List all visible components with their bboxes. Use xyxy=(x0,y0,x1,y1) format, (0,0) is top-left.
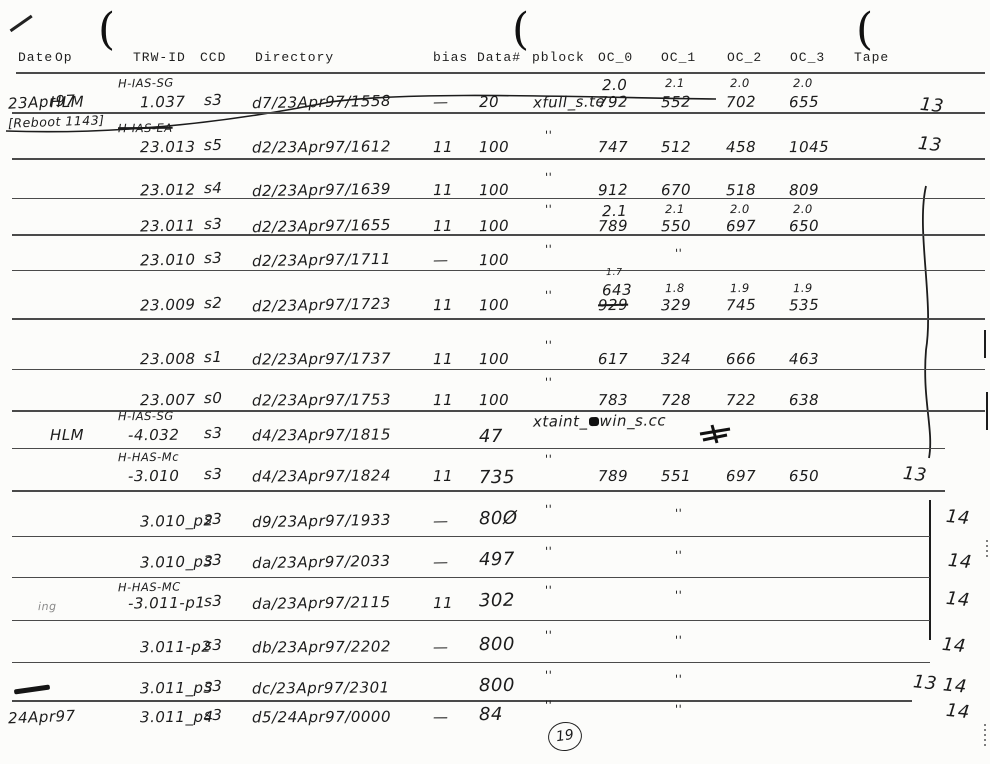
cell-date: 24Apr97 xyxy=(8,707,76,728)
cell-oc3-sup: 2.0 xyxy=(793,202,813,216)
cell-trw-id: 3.010_p2 xyxy=(140,511,214,530)
cell-oc1-sup: 2.1 xyxy=(665,202,685,216)
rule-line-15 xyxy=(12,662,930,663)
rule-line-7 xyxy=(12,318,985,320)
cell-oc2: 745 xyxy=(726,296,757,315)
cell-oc2: 666 xyxy=(726,350,756,368)
cell-pblock: xtaint_win_s.cc xyxy=(533,411,666,430)
cell-ccd: s3 xyxy=(204,510,223,528)
cell-directory: d4/23Apr97/1815 xyxy=(252,425,391,444)
cell-oc2: 702 xyxy=(726,93,756,112)
cell-trw-id: 3.011_p3 xyxy=(140,679,214,698)
cell-pblock: '' xyxy=(545,698,552,712)
cell-tape: 14 xyxy=(945,506,971,529)
cell-directory: d2/23Apr97/1711 xyxy=(252,250,391,270)
cell-directory: d2/23Apr97/1612 xyxy=(252,137,391,156)
column-header-bias: bias xyxy=(433,50,468,65)
rule-line-12 xyxy=(12,536,930,537)
cell-oc2: 518 xyxy=(726,181,756,200)
cell-oc1: 512 xyxy=(661,138,691,156)
cell-oc0: 789 xyxy=(598,217,628,236)
cell-data-count: 47 xyxy=(479,426,503,447)
cell-ccd: s0 xyxy=(204,389,223,407)
cell-trw-id: -3.011-p1 xyxy=(128,593,206,612)
cell-data-count: 100 xyxy=(479,181,509,200)
cell-oc1: '' xyxy=(675,633,682,647)
cell-trw-id: 23.013 xyxy=(140,138,196,156)
cell-pblock: '' xyxy=(545,628,552,642)
cell-ccd: s5 xyxy=(204,136,223,154)
cell-data-count: 100 xyxy=(479,138,509,156)
cell-bias: 11 xyxy=(433,594,453,612)
cell-bias: — xyxy=(433,93,449,111)
cell-directory: d2/23Apr97/1639 xyxy=(252,180,391,200)
rule-line-11 xyxy=(12,490,945,492)
cell-bias: — xyxy=(433,512,449,530)
cell-data-count: 800 xyxy=(479,634,515,655)
column-header-trw-id: TRW-ID xyxy=(133,50,186,65)
cell-oc1: 728 xyxy=(661,391,691,409)
cell-bias: 11 xyxy=(433,467,453,485)
cell-ccd: s2 xyxy=(204,294,223,312)
cell-ccd: s3 xyxy=(204,91,223,109)
cell-directory: d9/23Apr97/1933 xyxy=(252,511,391,531)
cell-directory: da/23Apr97/2033 xyxy=(252,552,391,572)
oc1-scribble-mark xyxy=(700,425,730,443)
cell-oc2: 697 xyxy=(726,217,756,236)
ink-blob xyxy=(588,417,598,426)
cell-ccd: s3 xyxy=(204,465,223,483)
column-header-pblock: pblock xyxy=(532,50,585,65)
cell-data-count: 100 xyxy=(479,391,509,409)
paren-mark-3: ( xyxy=(856,4,873,55)
cell-oc3: 655 xyxy=(789,93,819,112)
rule-line-2 xyxy=(12,112,985,114)
cell-oc0: 792 xyxy=(598,93,628,112)
cell-bias: — xyxy=(433,708,449,726)
cell-trw-id: 23.010 xyxy=(140,251,196,270)
cell-bias: 11 xyxy=(433,296,453,314)
cell-oc2-sup: 2.0 xyxy=(730,202,750,216)
column-header-op: Op xyxy=(55,50,73,65)
rule-line-3 xyxy=(12,158,985,160)
circled-data-count: 19 xyxy=(546,720,584,753)
cell-pblock: '' xyxy=(545,452,552,466)
cell-tape: 14 xyxy=(945,588,971,611)
cell-bias: 11 xyxy=(433,181,453,199)
column-header-oc-0: OC_0 xyxy=(598,50,633,65)
cell-pblock: '' xyxy=(545,544,553,558)
column-header-data-: Data# xyxy=(477,50,521,65)
cell-trw-id: 23.011 xyxy=(140,217,196,236)
column-header-tape: Tape xyxy=(854,50,889,65)
cell-trw-id: 23.009 xyxy=(140,295,196,314)
cell-oc0: 929 xyxy=(598,296,629,315)
cell-tape: 14 xyxy=(941,634,967,657)
cell-ccd: s3 xyxy=(204,215,223,233)
cell-oc0-sup: 2.0 xyxy=(602,76,628,94)
cell-trw-id-model: H-IAS-EA xyxy=(118,121,173,135)
cell-bias: — xyxy=(433,553,449,571)
cell-directory: db/23Apr97/2202 xyxy=(252,637,391,656)
cell-pblock: '' xyxy=(545,668,552,682)
cell-trw-id: 3.011-p2 xyxy=(140,638,212,657)
cell-trw-id-model: H-IAS-SG xyxy=(118,76,174,91)
cell-ccd: s4 xyxy=(204,179,223,197)
margin-wavy-line xyxy=(923,186,930,458)
logbook-sheet: [Reboot 1143]((( DateOpTRW-IDCCDDirector… xyxy=(0,0,990,764)
cell-ccd: s3 xyxy=(204,677,223,695)
cell-pblock: '' xyxy=(545,128,552,142)
cell-oc1: 329 xyxy=(661,296,692,315)
cell-data-count: 100 xyxy=(479,296,510,315)
cell-trw-id-model: H-HAS-Mc xyxy=(118,450,179,465)
cell-pblock: '' xyxy=(545,202,553,216)
column-header-ccd: CCD xyxy=(200,50,226,65)
cell-oc0: 912 xyxy=(598,181,628,200)
cell-oc1: 551 xyxy=(661,467,691,485)
cell-trw-id: -3.010 xyxy=(128,467,180,485)
cell-oc2: 458 xyxy=(726,138,756,156)
rule-line-14 xyxy=(12,620,930,621)
cell-oc1: 552 xyxy=(661,93,691,112)
cell-trw-id: -4.032 xyxy=(128,426,180,444)
cell-oc3: 1045 xyxy=(789,138,829,156)
cell-oc0: 789 xyxy=(598,467,628,485)
cell-oc3: 650 xyxy=(789,217,819,236)
cell-oc1-sup: 2.1 xyxy=(665,76,685,90)
cell-oc1: '' xyxy=(675,672,682,686)
paren-mark-1: ( xyxy=(98,4,115,55)
cell-trw-id: 3.010_p3 xyxy=(140,552,214,571)
cell-data-count: 100 xyxy=(479,350,509,368)
cell-oc1: '' xyxy=(675,702,682,716)
cell-pblock: '' xyxy=(545,170,553,184)
cell-directory: dc/23Apr97/2301 xyxy=(252,678,390,697)
cell-data-count: 80Ø xyxy=(479,508,518,530)
reboot-note: [Reboot 1143] xyxy=(8,112,105,130)
cell-directory: d4/23Apr97/1824 xyxy=(252,466,391,485)
rule-line-8 xyxy=(12,369,985,370)
cell-data-count: 100 xyxy=(479,217,509,236)
cell-tape: 13 xyxy=(917,133,943,156)
cell-oc1: '' xyxy=(675,588,683,602)
cell-tape: 14 xyxy=(947,550,973,573)
cell-bias: 11 xyxy=(433,350,453,368)
cell-oc1: 324 xyxy=(661,350,691,368)
cell-ccd: s3 xyxy=(204,592,223,610)
cell-data-count: 84 xyxy=(479,704,503,725)
cell-data-count: 20 xyxy=(479,93,499,111)
cell-trw-id-model: H-HAS-MC xyxy=(118,580,181,595)
cell-tape: 13 xyxy=(919,94,945,117)
rule-line-13 xyxy=(12,577,930,578)
cell-data-count: 497 xyxy=(479,549,515,571)
cell-trw-id: 1.037 xyxy=(140,93,186,112)
cell-trw-id-model: H-IAS-SG xyxy=(118,409,174,423)
cell-oc3: 638 xyxy=(789,391,819,409)
cell-directory: d2/23Apr97/1655 xyxy=(252,216,391,236)
corner-slash-mark xyxy=(10,15,33,32)
cell-oc2-sup: 2.0 xyxy=(730,76,750,90)
cell-pblock: xfull_s.te xyxy=(533,92,606,111)
column-header-oc-3: OC_3 xyxy=(790,50,825,65)
cell-trw-id: 23.012 xyxy=(140,181,196,200)
rule-line-1 xyxy=(16,72,985,74)
cell-ccd: s3 xyxy=(204,636,223,654)
cell-directory: d5/24Apr97/0000 xyxy=(252,708,391,727)
cell-data-count: 100 xyxy=(479,251,509,270)
cell-oc0-note: 1.7 xyxy=(606,267,623,278)
cell-bias: 11 xyxy=(433,138,453,156)
cell-trw-id: 3.011_p4 xyxy=(140,708,214,726)
column-header-oc-2: OC_2 xyxy=(727,50,762,65)
column-header-directory: Directory xyxy=(255,50,334,65)
cell-trw-id: 23.007 xyxy=(140,391,196,409)
cell-data-count: 302 xyxy=(479,590,515,611)
rule-line-6 xyxy=(12,270,985,271)
cell-oc0: 747 xyxy=(598,138,628,156)
cell-op: HLM xyxy=(50,426,84,444)
cell-bias: 11 xyxy=(433,391,453,409)
cell-oc3-sup: 1.9 xyxy=(793,281,813,295)
column-header-oc-1: OC_1 xyxy=(661,50,696,65)
cell-ccd: s3 xyxy=(204,424,223,442)
cell-ccd: s3 xyxy=(204,249,223,267)
cell-tape: 13 14 xyxy=(912,671,968,698)
cell-directory: d2/23Apr97/1737 xyxy=(252,349,391,368)
cell-oc1-sup: 1.8 xyxy=(665,281,685,295)
cell-oc3: 535 xyxy=(789,296,820,315)
cell-oc0: 617 xyxy=(598,350,628,368)
cell-ccd: s1 xyxy=(204,348,223,366)
cell-op: HLM xyxy=(50,93,84,112)
cell-pblock: '' xyxy=(545,583,553,597)
cell-data-count: 800 xyxy=(479,675,515,696)
cell-oc1: 550 xyxy=(661,217,691,236)
cell-pblock: '' xyxy=(545,375,552,389)
cell-ccd: s3 xyxy=(204,706,222,724)
rule-line-16 xyxy=(12,700,912,702)
column-header-date: Date xyxy=(18,50,53,65)
cell-oc3: 463 xyxy=(789,350,819,368)
cell-directory: d2/23Apr97/1723 xyxy=(252,295,391,316)
cell-oc0: 783 xyxy=(598,391,628,409)
cell-oc1: '' xyxy=(675,506,683,520)
cell-pblock: '' xyxy=(545,288,553,302)
cell-oc1: 670 xyxy=(661,181,691,200)
date-smudge-mark xyxy=(14,685,50,695)
cell-op-note: ing xyxy=(38,600,57,613)
cell-data-count: 735 xyxy=(479,467,515,488)
paren-mark-2: ( xyxy=(512,4,529,55)
cell-tape: 14 xyxy=(945,700,971,723)
cell-bias: 11 xyxy=(433,217,453,235)
cell-pblock: '' xyxy=(545,338,552,352)
cell-pblock: '' xyxy=(545,242,553,256)
cell-oc3: 650 xyxy=(789,467,819,485)
cell-trw-id: 23.008 xyxy=(140,350,196,368)
cell-oc2-sup: 1.9 xyxy=(730,281,750,295)
cell-bias: — xyxy=(433,638,449,656)
cell-directory: d2/23Apr97/1753 xyxy=(252,390,391,409)
cell-pblock: '' xyxy=(545,502,553,516)
cell-directory: d7/23Apr97/1558 xyxy=(252,92,391,112)
cell-ccd: s3 xyxy=(204,551,223,569)
cell-oc1: '' xyxy=(675,246,683,260)
cell-bias: — xyxy=(433,251,449,269)
cell-directory: da/23Apr97/2115 xyxy=(252,593,391,613)
cell-oc1: '' xyxy=(675,548,683,562)
cell-oc3: 809 xyxy=(789,181,819,200)
cell-oc2: 697 xyxy=(726,467,756,485)
cell-oc2: 722 xyxy=(726,391,756,409)
cell-oc3-sup: 2.0 xyxy=(793,76,813,90)
cell-tape: 13 xyxy=(902,463,928,486)
